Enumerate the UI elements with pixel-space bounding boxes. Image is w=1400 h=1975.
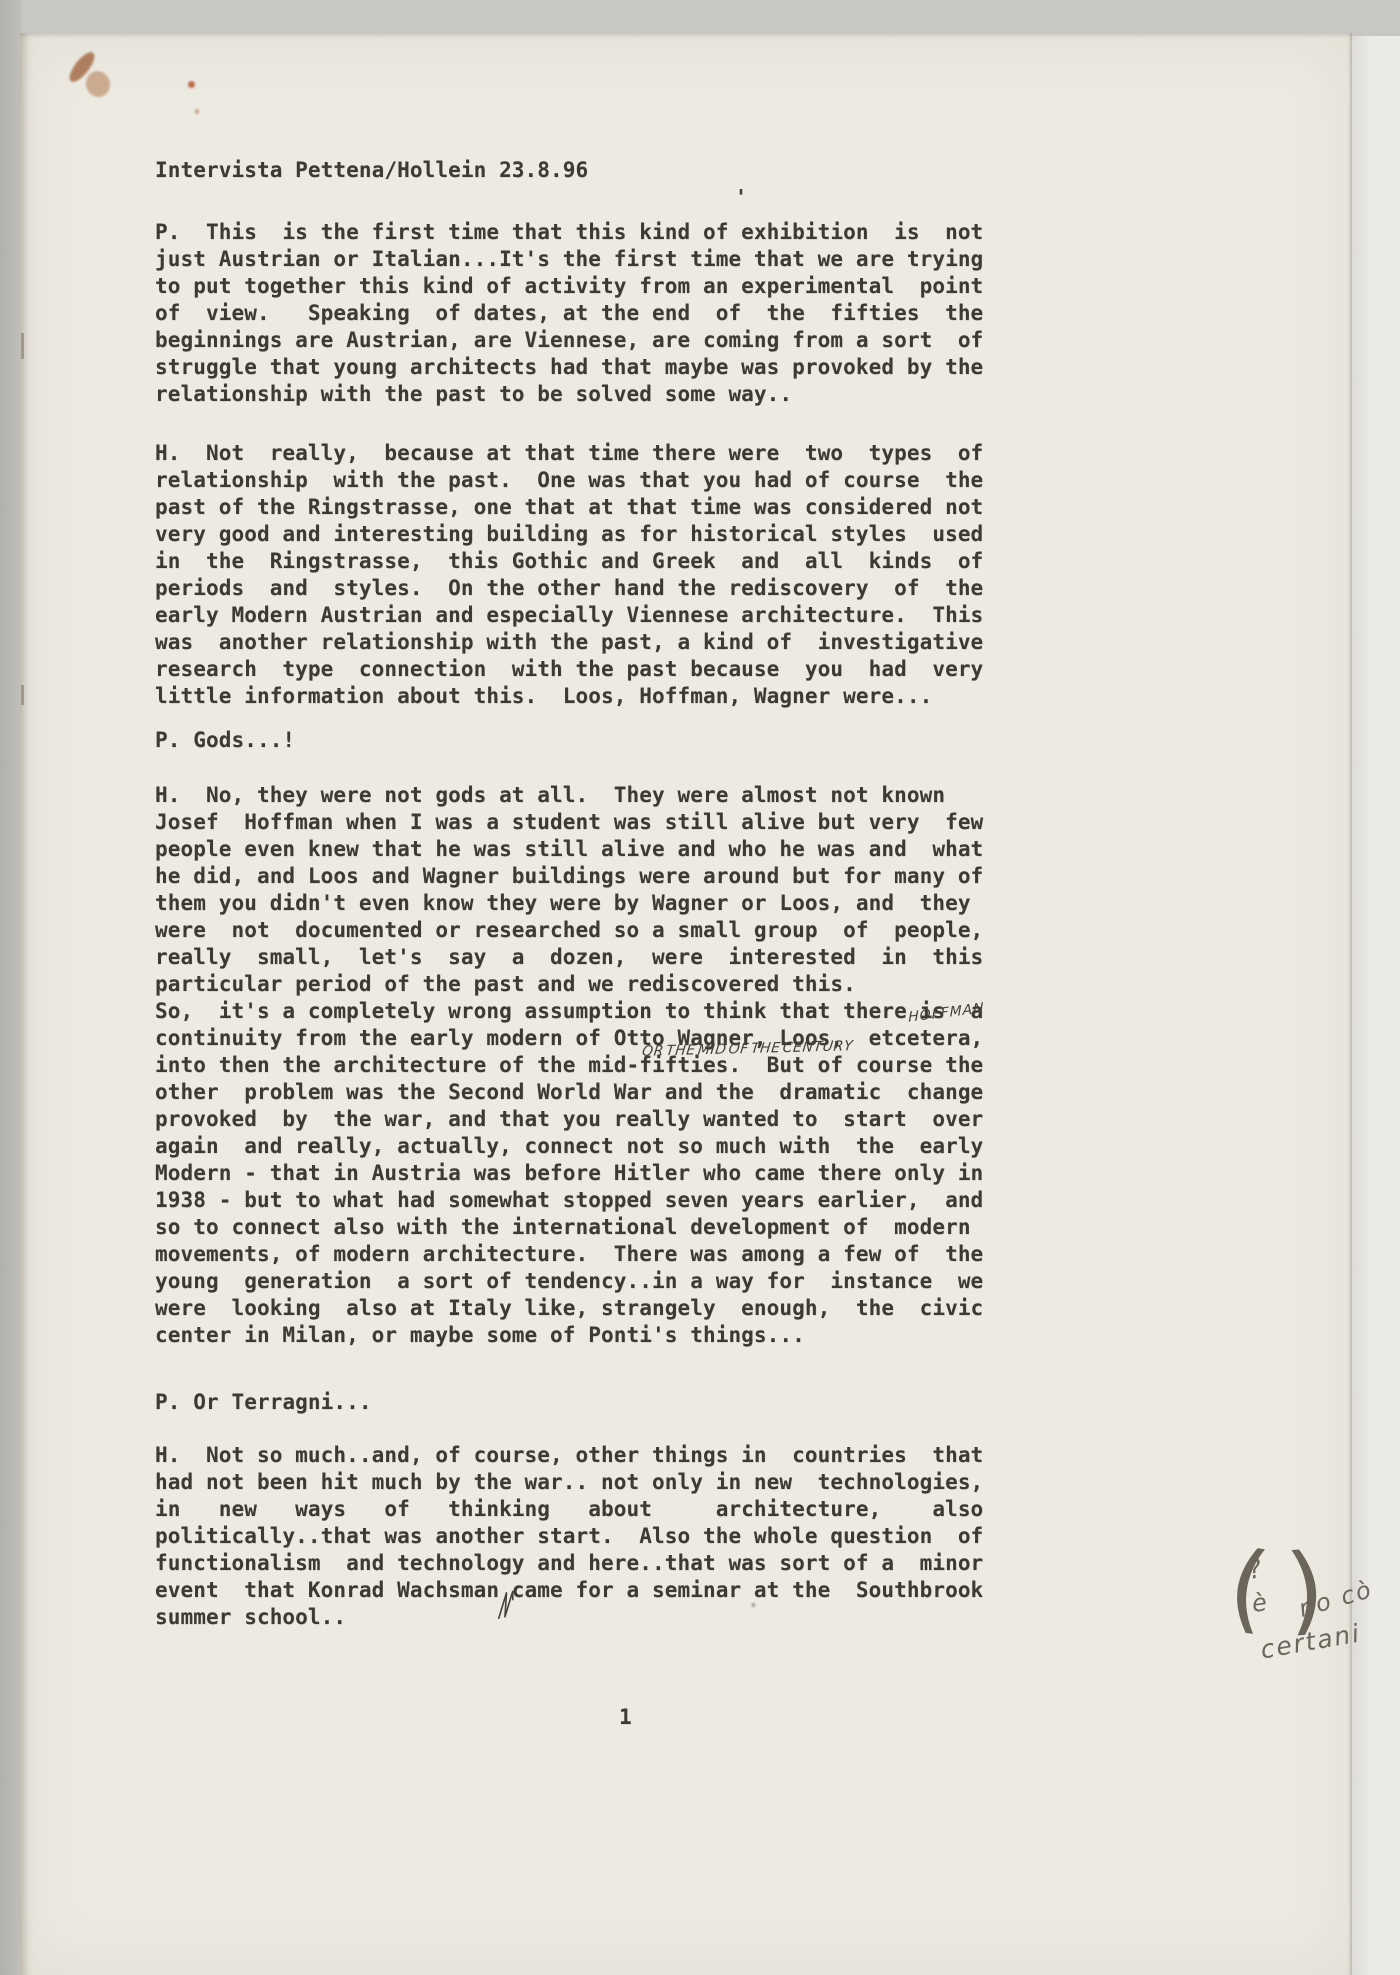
paragraph-pettena-1: P. This is the first time that this kind… bbox=[155, 219, 983, 408]
scanner-background-top bbox=[0, 0, 1400, 34]
paper-right-edge-shadow bbox=[1348, 33, 1352, 1975]
page-number: 1 bbox=[619, 1704, 632, 1731]
handwritten-squiggle-mark bbox=[498, 1589, 516, 1625]
paragraph-pettena-2: P. Gods...! bbox=[155, 727, 295, 754]
adjacent-sheet-edge bbox=[1352, 36, 1400, 1975]
ink-dot bbox=[195, 109, 199, 114]
page-title: Intervista Pettena/Hollein 23.8.96 bbox=[155, 157, 588, 184]
paragraph-pettena-3: P. Or Terragni... bbox=[155, 1389, 372, 1416]
paper-top-edge-shadow bbox=[20, 33, 1352, 38]
paragraph-hollein-2: H. No, they were not gods at all. They w… bbox=[155, 782, 983, 1349]
paper-edge-mark bbox=[21, 685, 24, 705]
document-page: Intervista Pettena/Hollein 23.8.96 ' P. … bbox=[20, 33, 1352, 1975]
paper-edge-mark bbox=[21, 333, 24, 359]
scanner-background-left bbox=[0, 0, 22, 1975]
rust-stain bbox=[83, 68, 114, 100]
paragraph-hollein-3: H. Not so much..and, of course, other th… bbox=[155, 1442, 983, 1631]
margin-note-paren-open: ( bbox=[1210, 1528, 1283, 1647]
paragraph-hollein-1: H. Not really, because at that time ther… bbox=[155, 440, 983, 710]
red-ink-dot bbox=[188, 81, 195, 88]
paper-left-edge-shadow bbox=[20, 33, 34, 1975]
stray-typed-mark: ' bbox=[735, 185, 747, 209]
